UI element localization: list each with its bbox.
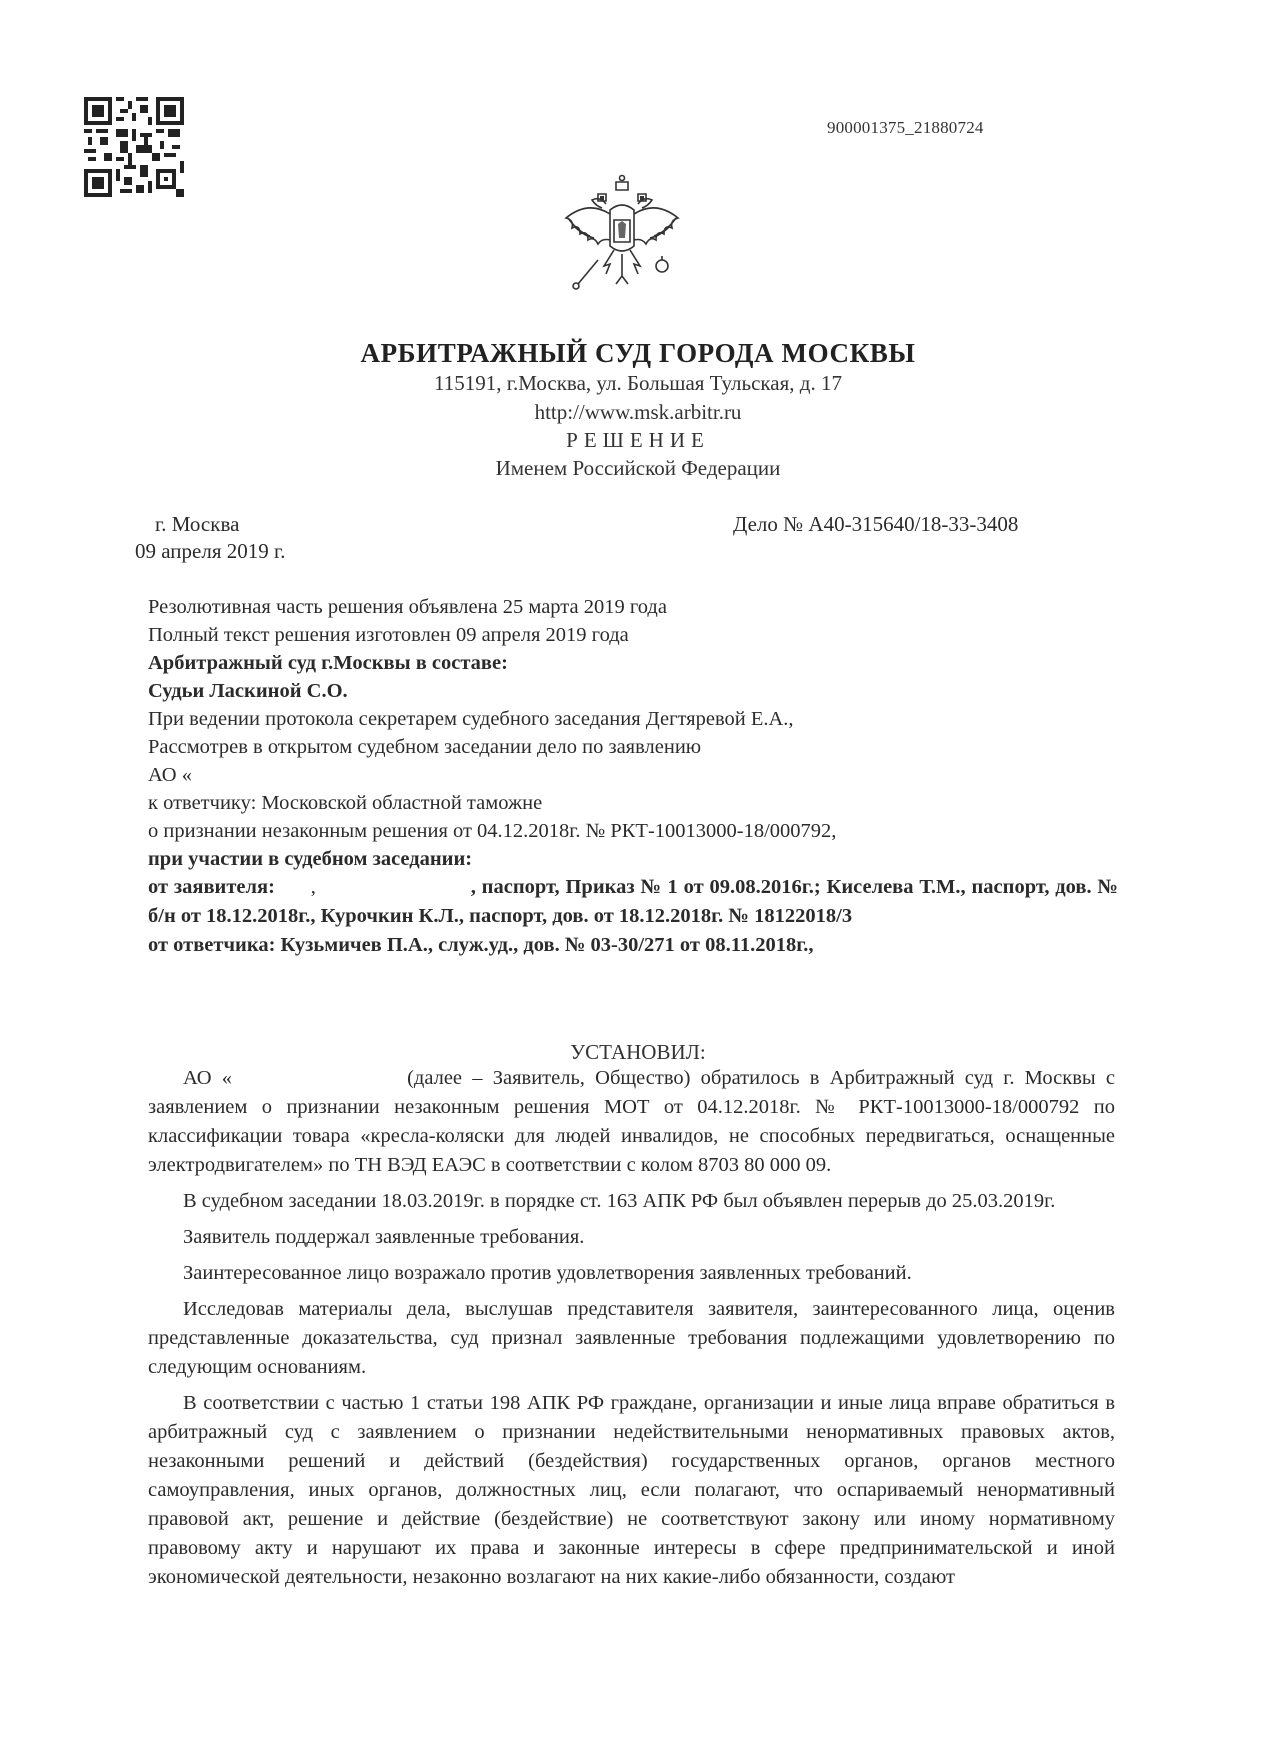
applicant-label: от заявителя: (148, 876, 275, 898)
secretary-line: При ведении протокола секретарем судебно… (148, 705, 1128, 733)
paragraph: Исследовав материалы дела, выслушав пред… (148, 1295, 1115, 1382)
case-number: Дело № А40-315640/18-33-3408 (733, 512, 1018, 537)
participants-block: от заявителя: ,, паспорт, Приказ № 1 от … (148, 873, 1118, 960)
decision-subtitle: Именем Российской Федерации (0, 456, 1276, 481)
paragraph: АО «(далее – Заявитель, Общество) обрати… (148, 1064, 1115, 1180)
paragraph: Заинтересованное лицо возражало против у… (148, 1259, 1115, 1288)
redacted-name: , (281, 873, 471, 902)
intro-line: Полный текст решения изготовлен 09 апрел… (148, 621, 1128, 649)
paragraph: Заявитель поддержал заявленные требовани… (148, 1223, 1115, 1252)
respondent-representative: Кузьмичев П.А., служ.уд., дов. № 03-30/2… (281, 934, 814, 956)
court-url-link[interactable]: http://www.msk.arbitr.ru (0, 400, 1276, 425)
respondent-label: от ответчика: (148, 934, 275, 956)
document-id: 900001375_21880724 (827, 118, 984, 138)
court-address: 115191, г.Москва, ул. Большая Тульская, … (0, 371, 1276, 396)
decision-place: г. Москва (155, 512, 239, 537)
intro-line: Резолютивная часть решения объявлена 25 … (148, 593, 1128, 621)
decision-date: 09 апреля 2019 г. (135, 539, 286, 564)
judge-name: Судьи Ласкиной С.О. (148, 677, 1128, 705)
section-title: УСТАНОВИЛ: (0, 1040, 1276, 1065)
subject-line: о признании незаконным решения от 04.12.… (148, 817, 1128, 845)
decision-body: АО «(далее – Заявитель, Общество) обрати… (148, 1064, 1115, 1599)
intro-block: Резолютивная часть решения объявлена 25 … (148, 593, 1128, 873)
decision-title: РЕШЕНИЕ (0, 428, 1276, 453)
qr-code-icon (84, 97, 184, 197)
paragraph: В судебном заседании 18.03.2019г. в поря… (148, 1187, 1115, 1216)
participants-heading: при участии в судебном заседании: (148, 845, 1128, 873)
russian-coat-of-arms-icon (560, 170, 684, 298)
respondent-line: к ответчику: Московской областной таможн… (148, 789, 1128, 817)
court-composition: Арбитражный суд г.Москвы в составе: (148, 649, 1128, 677)
paragraph: В соответствии с частью 1 статьи 198 АПК… (148, 1389, 1115, 1592)
applicant-line: АО « (148, 761, 1128, 789)
court-name: АРБИТРАЖНЫЙ СУД ГОРОДА МОСКВЫ (0, 338, 1276, 369)
intro-line: Рассмотрев в открытом судебном заседании… (148, 733, 1128, 761)
